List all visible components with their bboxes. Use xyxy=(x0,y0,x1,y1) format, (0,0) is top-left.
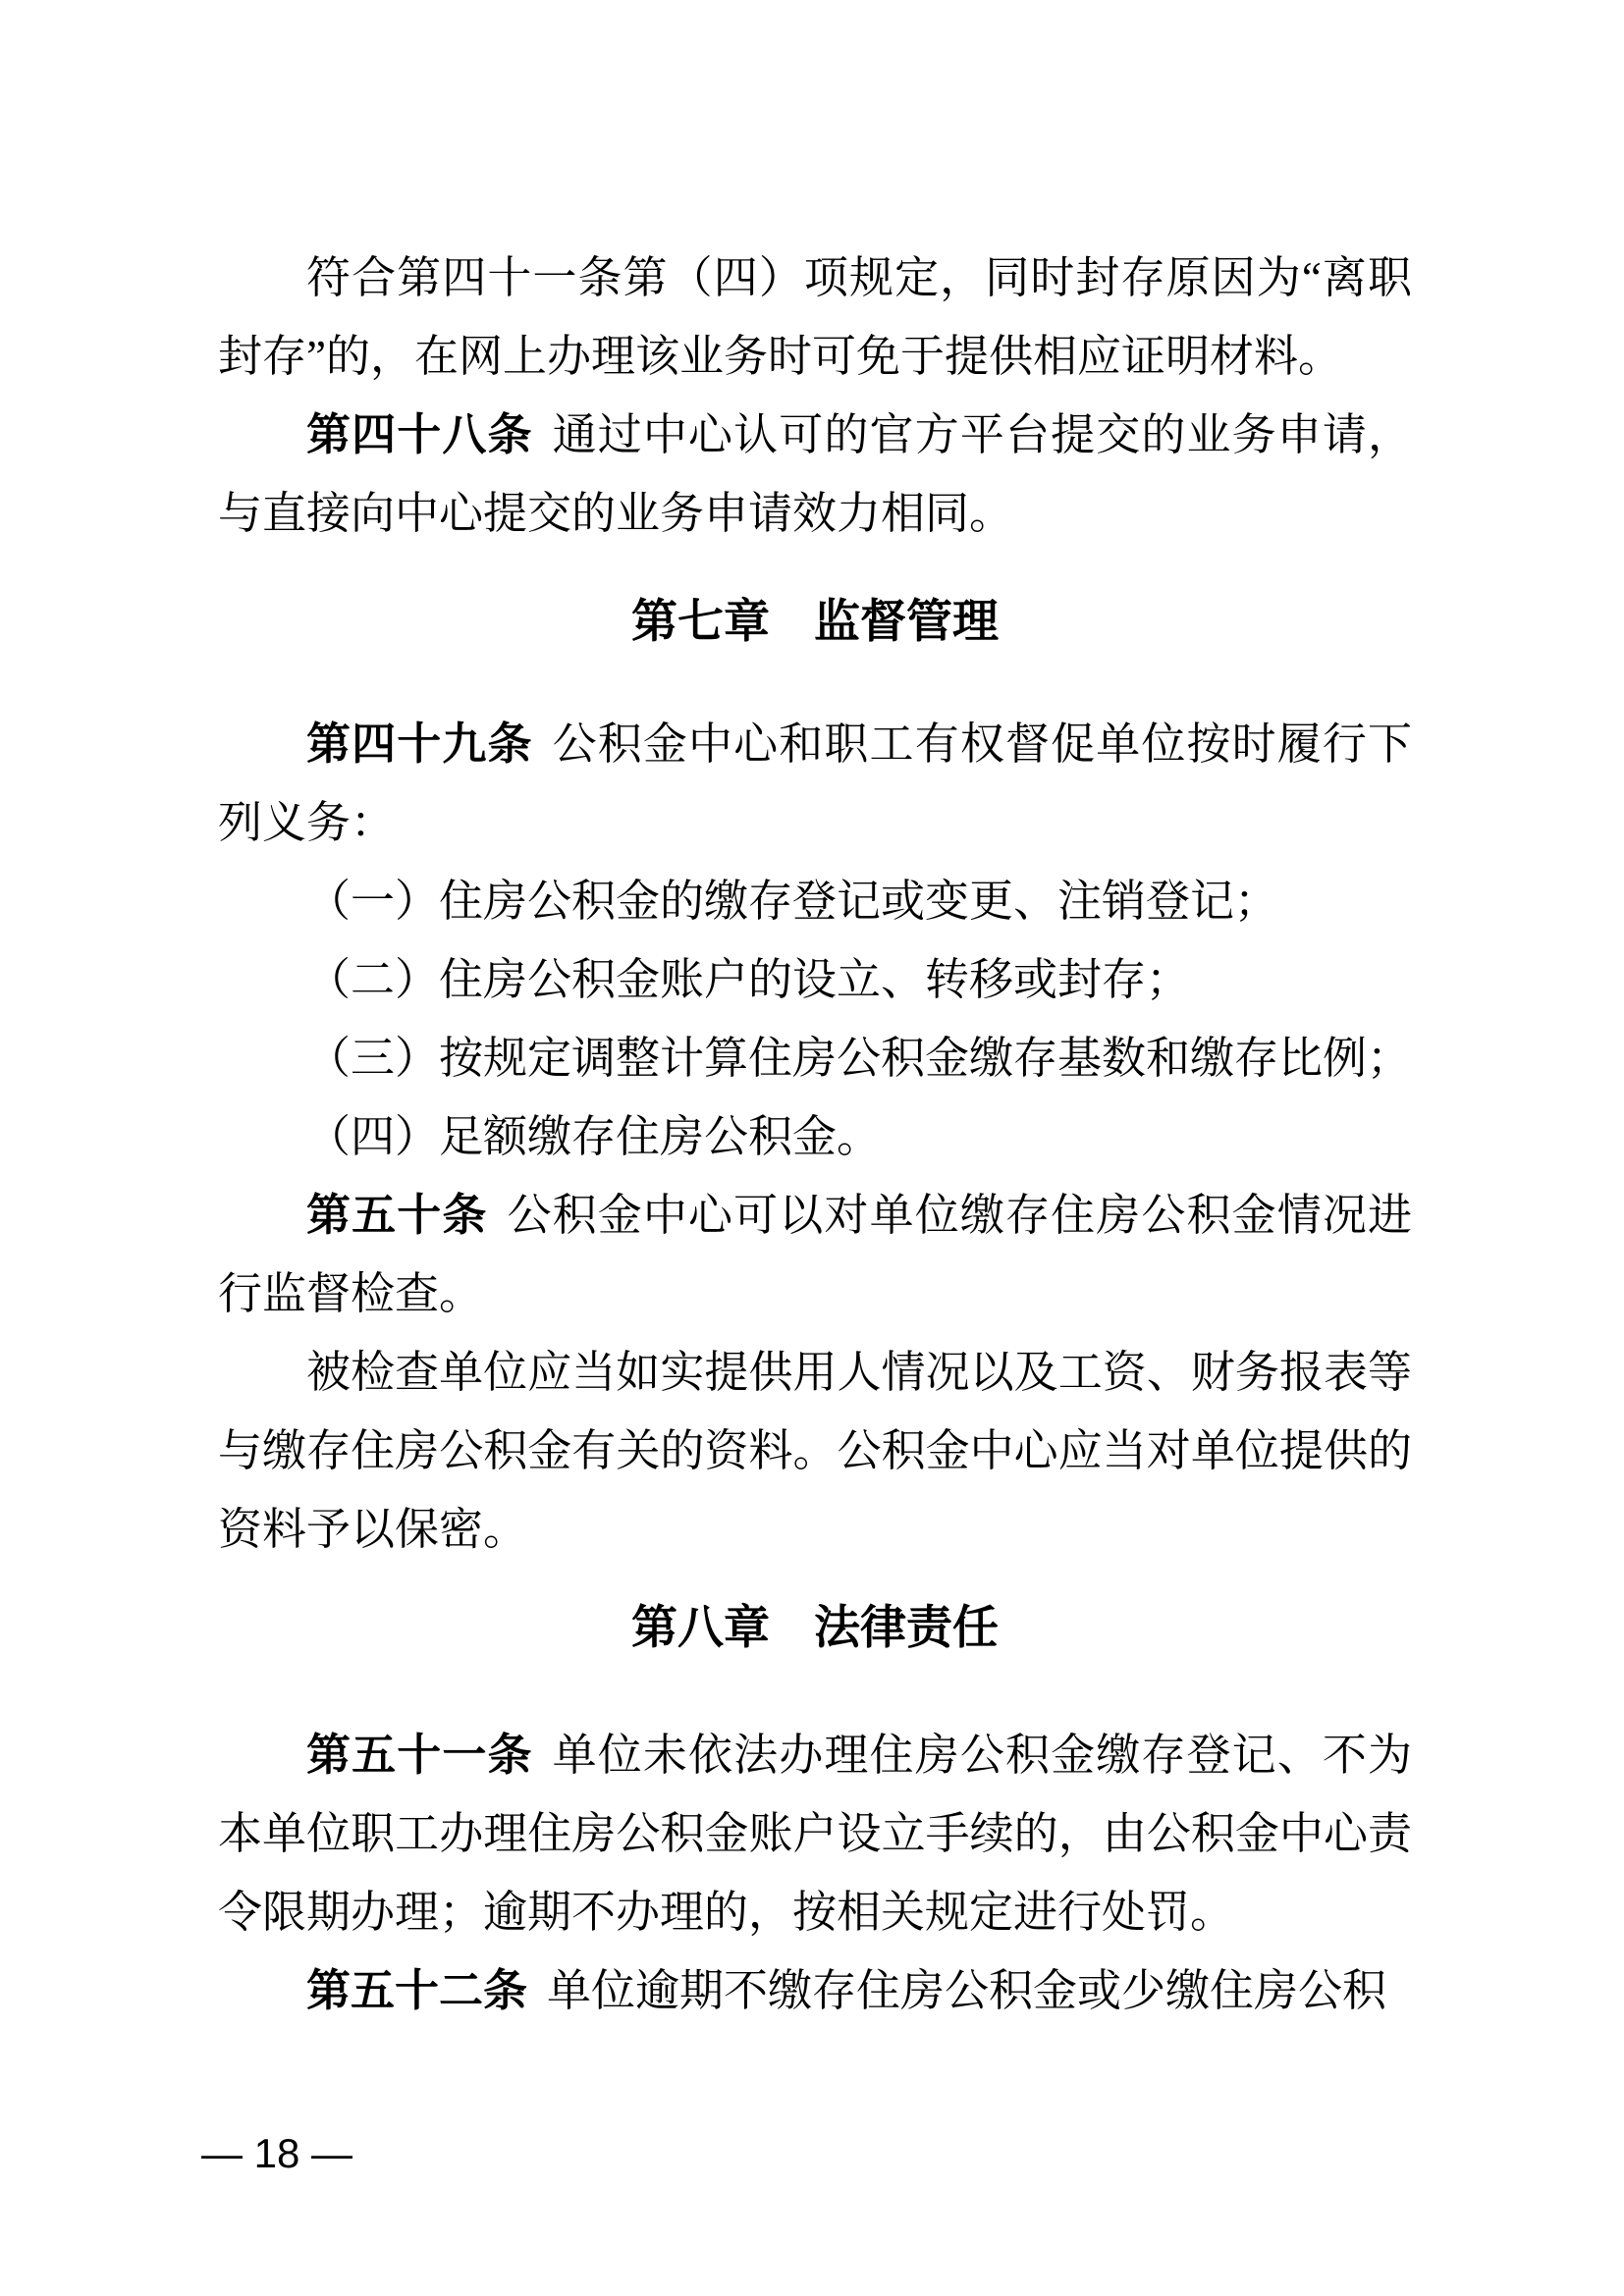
article-52-number: 第五十二条 xyxy=(306,1966,527,2015)
article-48-number: 第四十八条 xyxy=(306,410,533,459)
chapter-7-label: 第七章 xyxy=(631,595,770,647)
paragraph-article-48: 第四十八条通过中心认可的官方平台提交的业务申请，与直接向中心提交的业务申请效力相… xyxy=(218,396,1412,553)
paragraph-article-52: 第五十二条单位逾期不缴存住房公积金或少缴住房公积 xyxy=(218,1951,1412,2030)
paragraph-inspection: 被检查单位应当如实提供用人情况以及工资、财务报表等与缴存住房公积金有关的资料。公… xyxy=(218,1333,1412,1569)
article-51-number: 第五十一条 xyxy=(306,1731,533,1780)
list-item-3: （三）按规定调整计算住房公积金缴存基数和缴存比例； xyxy=(218,1019,1412,1097)
paragraph-article-50: 第五十条公积金中心可以对单位缴存住房公积金情况进行监督检查。 xyxy=(218,1176,1412,1333)
article-52-text: 单位逾期不缴存住房公积金或少缴住房公积 xyxy=(547,1966,1386,2015)
chapter-7-title: 监督管理 xyxy=(814,595,999,647)
list-item-1: （一）住房公积金的缴存登记或变更、注销登记； xyxy=(218,862,1412,940)
article-49-number: 第四十九条 xyxy=(306,720,533,769)
chapter-7-heading: 第七章监督管理 xyxy=(218,582,1412,661)
chapter-8-label: 第八章 xyxy=(631,1601,770,1653)
paragraph-article-49: 第四十九条公积金中心和职工有权督促单位按时履行下列义务： xyxy=(218,705,1412,862)
page-number: — 18 — xyxy=(201,2130,352,2177)
paragraph-article-51: 第五十一条单位未依法办理住房公积金缴存登记、不为本单位职工办理住房公积金账户设立… xyxy=(218,1716,1412,1951)
list-item-2: （二）住房公积金账户的设立、转移或封存； xyxy=(218,940,1412,1019)
chapter-8-heading: 第八章法律责任 xyxy=(218,1588,1412,1667)
article-50-number: 第五十条 xyxy=(306,1191,488,1240)
paragraph-continuation: 符合第四十一条第（四）项规定，同时封存原因为“离职封存”的，在网上办理该业务时可… xyxy=(218,239,1412,396)
chapter-8-title: 法律责任 xyxy=(814,1601,999,1653)
document-page: 符合第四十一条第（四）项规定，同时封存原因为“离职封存”的，在网上办理该业务时可… xyxy=(0,0,1624,2296)
list-item-4: （四）足额缴存住房公积金。 xyxy=(218,1097,1412,1176)
